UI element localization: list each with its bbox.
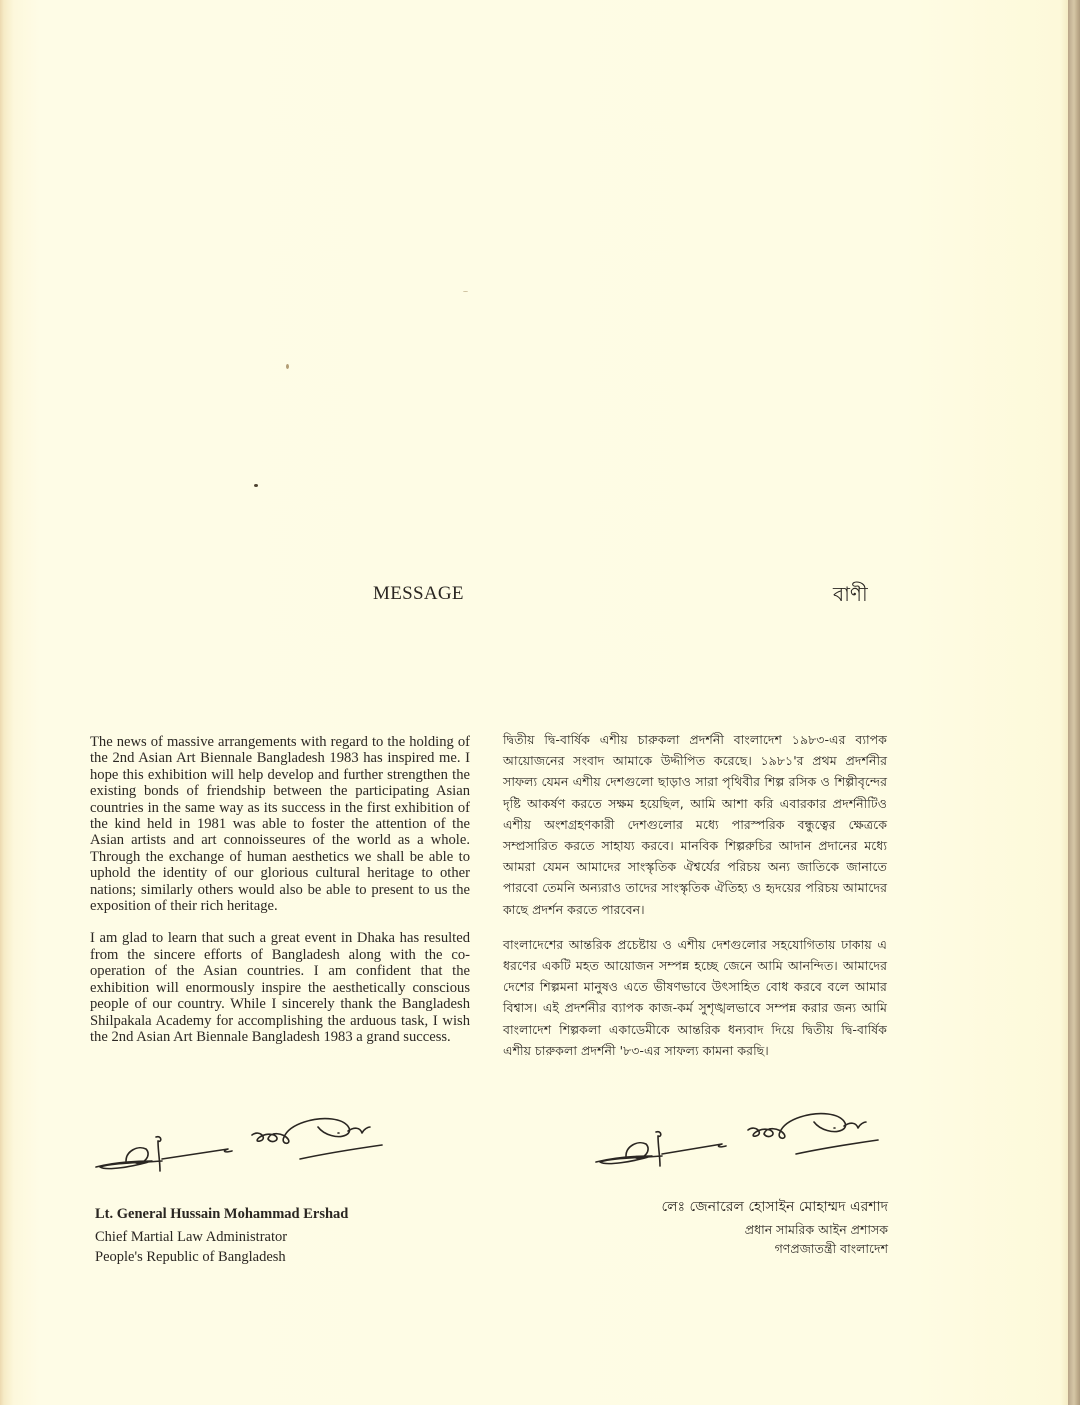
signatory-name: Lt. General Hussain Mohammad Ershad bbox=[95, 1204, 348, 1224]
english-paragraph: I am glad to learn that such a great eve… bbox=[90, 930, 470, 1045]
bengali-paragraph: দ্বিতীয় দ্বি-বার্ষিক এশীয় চারুকলা প্রদ… bbox=[503, 729, 887, 920]
message-heading-bengali: বাণী bbox=[833, 580, 868, 613]
page-edge-shadow bbox=[1068, 0, 1080, 1405]
bengali-message-body: দ্বিতীয় দ্বি-বার্ষিক এশীয় চারুকলা প্রদ… bbox=[503, 729, 887, 1075]
signatory-country: People's Republic of Bangladesh bbox=[95, 1247, 348, 1267]
signatory-english: Lt. General Hussain Mohammad Ershad Chie… bbox=[95, 1204, 348, 1267]
paper-speck bbox=[286, 364, 289, 369]
signature-image bbox=[92, 1105, 392, 1175]
signatory-title: Chief Martial Law Administrator bbox=[95, 1227, 348, 1247]
signatory-title-bengali: প্রধান সামরিক আইন প্রশাসক bbox=[661, 1220, 888, 1239]
paper-speck bbox=[254, 484, 258, 487]
paper-speck bbox=[463, 291, 468, 292]
signatory-bengali: লেঃ জেনারেল হোসাইন মোহাম্মদ এরশাদ প্রধান… bbox=[661, 1196, 888, 1258]
signatory-country-bengali: গণপ্রজাতন্ত্রী বাংলাদেশ bbox=[661, 1239, 888, 1258]
signature-image bbox=[592, 1100, 892, 1170]
scanned-page: MESSAGE বাণী The news of massive arrange… bbox=[0, 0, 1080, 1405]
signatory-name-bengali: লেঃ জেনারেল হোসাইন মোহাম্মদ এরশাদ bbox=[661, 1196, 888, 1218]
message-heading-english: MESSAGE bbox=[373, 583, 464, 605]
english-paragraph: The news of massive arrangements with re… bbox=[90, 734, 470, 914]
bengali-paragraph: বাংলাদেশের আন্তরিক প্রচেষ্টায় ও এশীয় দ… bbox=[503, 934, 887, 1061]
english-message-body: The news of massive arrangements with re… bbox=[90, 734, 470, 1061]
